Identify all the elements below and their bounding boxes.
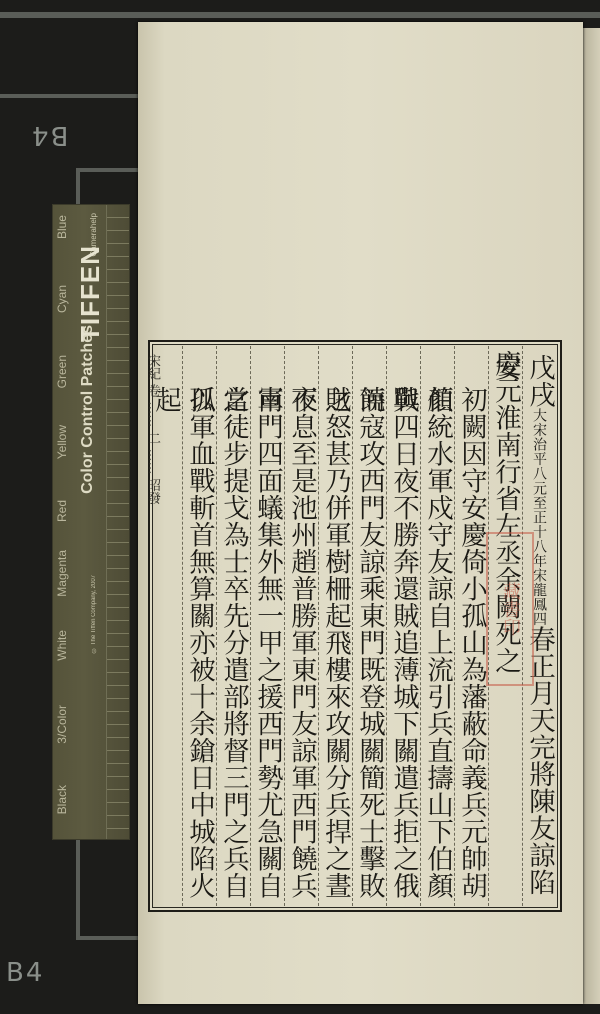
text-column-8: 不息至是池州趙普勝軍東門友諒軍西門饒兵軍 (284, 346, 318, 906)
patch-label: Cyan (55, 285, 69, 313)
board-line-box-bottom (76, 936, 138, 940)
text-column-4: 顏統水軍戍守友諒自上流引兵直擣山下伯顏與 (420, 346, 454, 906)
red-seal-stamp: 藏書印 (486, 532, 534, 686)
patch-label: Yellow (55, 425, 69, 459)
board-line-box-top (76, 168, 138, 172)
card-title: Color Control Patches (79, 325, 97, 494)
patch-label: Red (55, 500, 69, 522)
board-label-top: B4 (30, 120, 68, 150)
text-column-6: 饒寇攻西門友諒乘東門既登城關簡死士擊敗之 (352, 346, 386, 906)
annotation-left: 大宋治平八 (531, 408, 546, 481)
patch-label: Magenta (55, 550, 69, 597)
patch-label: White (55, 630, 69, 661)
page-edge (583, 28, 600, 1004)
text-column-7: 賊怒甚乃併軍樹柵起飛樓來攻關分兵捍之晝夜 (318, 346, 352, 906)
text-column-3: 初闕因守安慶倚小孤山為藩蔽命義兵元帥胡伯 (454, 346, 488, 906)
card-ruler (106, 205, 129, 839)
text-column-9: 南門四面蟻集外無一甲之援西門勢尤急關自當 (250, 346, 284, 906)
board-label-bottom: B4 (6, 958, 44, 988)
text-column-11: 孤軍血戰斬首無算關亦被十余鎗日中城陷火起 (182, 346, 216, 906)
book-page: 宋紀 卷 …… 二 …… 昭發 戊戌元至正十八年宋龍鳳四大宋治平八春正月天完將陳… (138, 22, 583, 1004)
patch-label: Blue (55, 215, 69, 239)
patch-label: 3/Color (55, 705, 69, 744)
margin-column: 宋紀 卷 …… 二 …… 昭發 (144, 346, 162, 914)
text-column-5: 戰四日夜不勝奔還賊追薄城下關遣兵拒之俄而 (386, 346, 420, 906)
board-line-upper (0, 94, 138, 98)
patch-label: Green (55, 355, 69, 388)
text-column-10: 之徒步提戈為士卒先分遣部將督三門之兵自以 (216, 346, 250, 906)
patch-label: Black (55, 785, 69, 814)
color-calibration-card: Camerahelp TIFFEN Color Control Patches … (52, 204, 130, 840)
year-heading: 戊戌 (524, 354, 555, 408)
board-line-top (0, 12, 600, 18)
card-copyright: © The Tiffen Company, 2007 (91, 575, 97, 653)
